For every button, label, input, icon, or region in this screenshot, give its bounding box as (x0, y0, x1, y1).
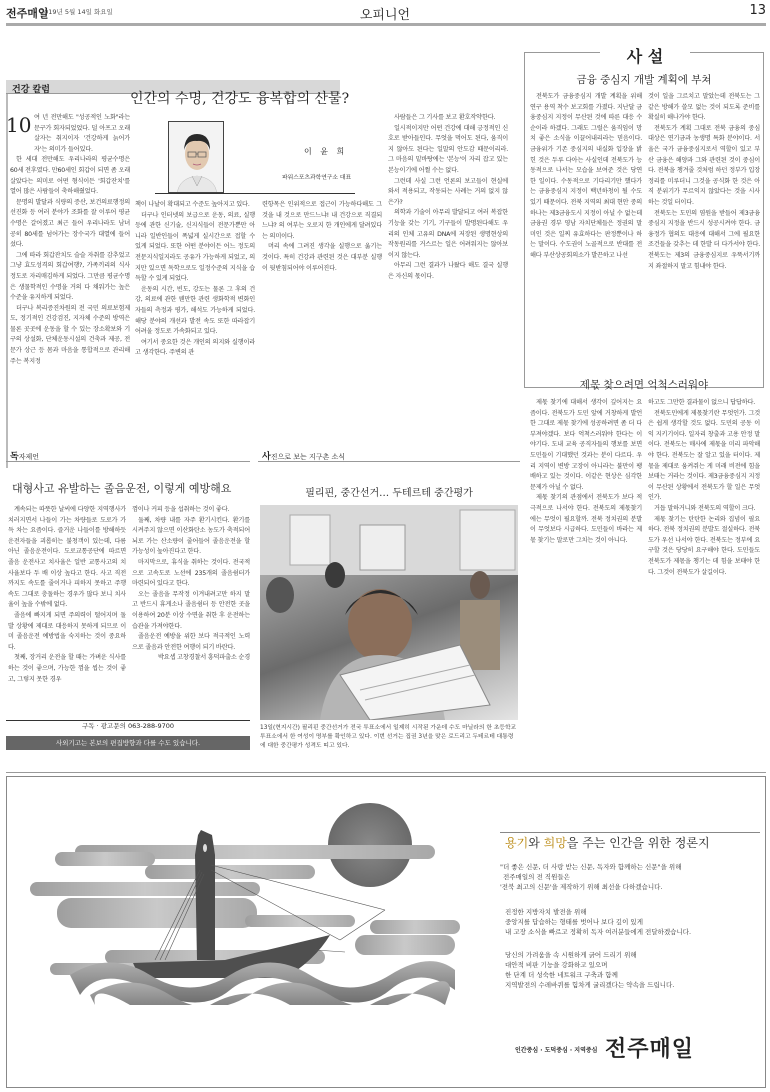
reader-column-label-bar (6, 448, 250, 462)
subscription-contact: 구독 · 광고문의 063-288-9700 (6, 720, 250, 732)
editorial-headline-1[interactable]: 금융 중심지 개발 계획에 부쳐 (524, 72, 764, 87)
health-column-text-4: 사람들은 그 기사를 보고 환호작약한다. 일시적이지만 어떤 건강에 대해 긍… (388, 113, 508, 433)
header-rule (6, 23, 766, 26)
disclaimer-banner: 사외기고는 본보의 편집방향과 다를 수도 있습니다. (6, 736, 250, 750)
reader-column-label: 독자제언 (10, 449, 39, 462)
photo-news-headline[interactable]: 필리핀, 중간선거… 두테르테 중간평가 (258, 484, 520, 499)
ad-slogan: 인간중심 · 도덕중심 · 지역중심 (515, 1045, 597, 1054)
ad-paragraph-2: 진정한 지방자치 발전을 위해 중앙지를 답습하는 형태를 벗어나 보다 깊이 … (500, 907, 760, 937)
author-photo (168, 121, 224, 193)
section-title: 오피니언 (0, 4, 770, 23)
page-number: 13 (749, 3, 766, 18)
editorial-tag: 사 설 (600, 44, 690, 67)
health-column-text-2: 책이 나날이 확대되고 수준도 높아지고 있다. 더구나 인터넷의 보급으로 운… (135, 200, 255, 420)
election-photo[interactable] (260, 505, 518, 720)
byline-rule (155, 193, 355, 194)
editorial-2-text-2: 하고도 그만한 결과물이 없으니 답답하다. 전북도민에게 제몫찾기란 무엇인가… (648, 398, 760, 698)
ship-illustration (25, 790, 485, 1005)
health-column-text-3: 련항목은 인위적으로 접근이 가능하다해도 그것을 내 것으로 만드느냐! 내 … (262, 200, 382, 422)
health-column-label: 건강 칼럼 (12, 82, 50, 95)
ad-headline-rule (500, 832, 760, 833)
reader-column-text-1: 계속되는 따뜻한 날씨에 다양한 지역행사가 치러지면서 나들이 가는 차량들로… (8, 505, 126, 717)
editorial-1-text-2: 것이 일을 그르치고 말았는데 전북도는 그같은 방해가 쓸모 없는 것이 되도… (648, 92, 760, 374)
section-divider (6, 772, 766, 773)
ad-headline: 용기와 희망을 주는 인간을 위한 정론지 (505, 834, 710, 851)
editorial-headline-2[interactable]: 제몫 찾으려면 억척스러워야 (524, 377, 764, 392)
ad-logo: 전주매일 (605, 1032, 694, 1063)
editorial-2-text-1: 제몫 찾기에 대해서 생각이 깊어지는 요즘이다. 전북도가 도민 앞에 거창하… (530, 398, 642, 698)
author-affiliation: 파워스포츠과학연구소 대표 (282, 172, 351, 181)
health-column-text-1: 여 년 전만해도 "성공적인 노화"라는 문구가 회자되었었다. 덜 아프고 오… (10, 113, 130, 463)
reader-signature: 박요셉 고창경찰서 흥덕파출소 순경 (132, 653, 250, 664)
photo-news-label: 사진으로 보는 지구촌 소식 (262, 449, 345, 462)
reader-column-headline[interactable]: 대형사고 유발하는 졸음운전, 이렇게 예방해요 (12, 480, 231, 496)
reader-column-text-2: 껌이나 커피 등을 섭취하는 것이 좋다. 둘째, 차량 내를 자주 환기시킨다… (132, 505, 250, 717)
ad-paragraph-3: 당신의 가려움을 속 시원하게 긁어 드리기 위해 대안적 비판 기능을 강화하… (500, 950, 760, 990)
photo-caption: 13일(현지시간) 필리핀 중간선거가 전국 투표소에서 일제히 시작된 가운데… (260, 724, 518, 751)
editorial-1-text-1: 전북도가 금융중심지 개발 계획을 위해 연구 용역 착수 보고회를 가졌다. … (530, 92, 642, 374)
author-name: 이 윤 희 (304, 146, 347, 157)
health-column-headline[interactable]: 인간의 수명, 건강도 융복합의 산물? (130, 88, 390, 108)
ad-paragraph-1: "더 좋은 신문, 더 사랑 받는 신문, 독자와 함께하는 신문"을 위해 전… (500, 862, 760, 892)
